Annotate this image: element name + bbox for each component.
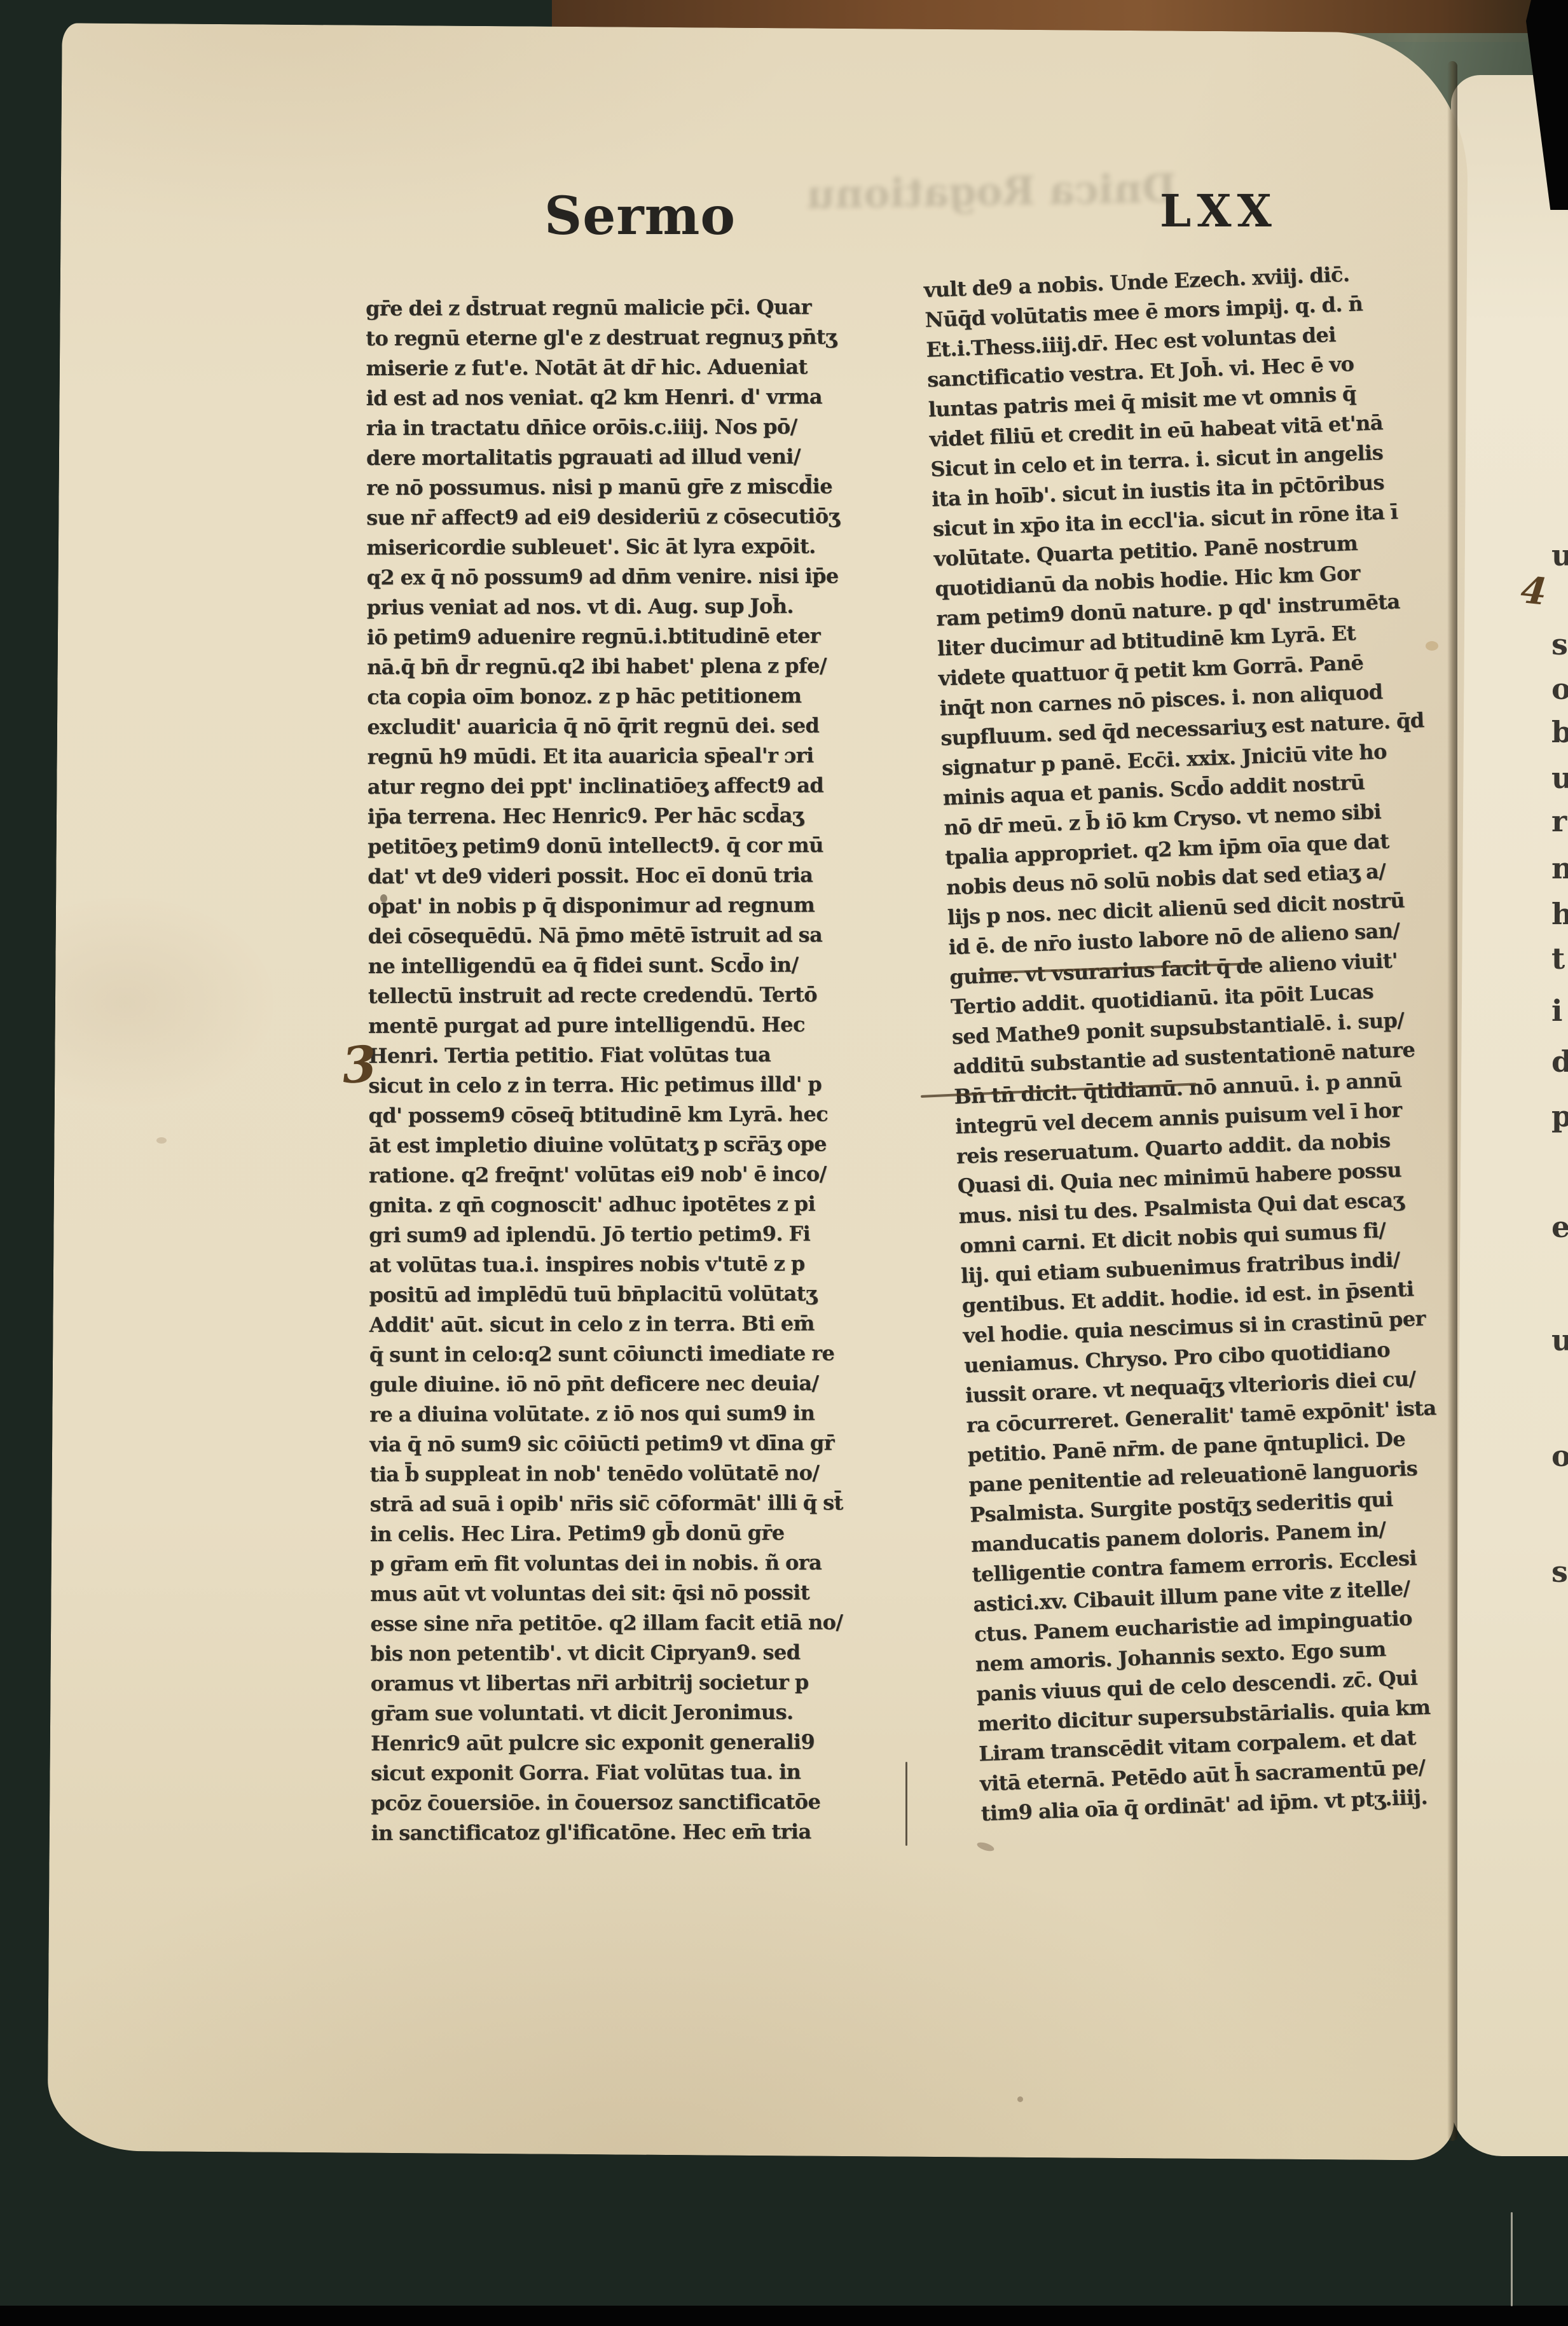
text-line: qd' possem9 cōseq̄ btitudinē km Lyrā. he… [368,1099,921,1131]
stain [1017,2096,1023,2102]
text-line: id est ad nos veniat. q2 km Henri. d' vr… [366,382,919,413]
text-line: via q̄ nō sum9 sic cōiūcti petim9 vt dīn… [369,1428,923,1460]
edge-glyph-fragment: o [1551,1439,1568,1473]
showthrough-text: Dnica Rogationu [680,165,1176,220]
text-line: ratione. q2 freq̄nt' volūtas ei9 nob' ē … [369,1159,922,1191]
text-column-left: gr̄e dei z d̄struat regnū malicie pc̄i. … [366,292,925,1848]
text-line: at volūtas tua.i. inspires nobis v'tutē … [369,1249,922,1280]
edge-glyph-fragment: s [1551,627,1568,661]
text-column-right: vult de9 a nobis. Unde Ezech. xviij. dic… [923,254,1543,1829]
text-line: āt est impletio diuine volūtatʒ p scr̄āʒ… [369,1129,922,1161]
edge-glyph-fragment: b [1551,715,1568,749]
text-line: excludit' auaricia q̄ nō q̄rit regnū dei… [367,710,920,742]
text-line: gri sum9 ad iplendū. Jō tertio petim9. F… [369,1219,922,1250]
margin-numeral: 4 [1519,571,1548,611]
text-line: sicut exponit Gorra. Fiat volūtas tua. i… [371,1757,924,1789]
text-line: petitōeʒ petim9 donū intellect9. q̄ cor … [368,830,921,862]
edge-glyph-fragment: n [1551,851,1568,885]
text-line: miserie z fut'e. Notāt āt dr̄ hic. Aduen… [366,352,919,384]
stain [156,1137,167,1144]
page-edge-highlight [1511,2212,1513,2306]
text-line: iō petim9 aduenire regnū.i.btitudinē ete… [367,621,920,653]
text-line: mus aūt vt voluntas dei sit: q̄si nō pos… [370,1577,923,1609]
edge-glyph-fragment: u [1551,1323,1568,1357]
text-line: nā.q̄ bn̄ d̄r regnū.q2 ibi habet' plena … [367,651,920,682]
text-line: Henri. Tertia petitio. Fiat volūtas tua [368,1039,921,1071]
text-line: prius veniat ad nos. vt di. Aug. sup Joh… [367,591,920,623]
edge-glyph-fragment: e [1551,1210,1568,1244]
text-line: ne intelligendū ea q̄ fidei sunt. Scd̄o … [368,950,921,981]
text-line: dere mortalitatis pgrauati ad illud veni… [366,441,919,473]
text-line: misericordie subleuet'. Sic āt lyra expō… [366,531,919,563]
text-line: gnita. z qn̄ cognoscit' adhuc ipotētes z… [369,1189,922,1221]
edge-glyph-fragment: o [1551,672,1568,706]
edge-glyph-fragment: p [1551,1099,1568,1133]
text-line: tellectū instruit ad recte credendū. Ter… [368,980,921,1011]
edge-glyph-fragment: s [1551,1554,1568,1589]
text-line: dat' vt de9 videri possit. Hoc eī donū t… [368,860,921,892]
text-line: gr̄e dei z d̄struat regnū malicie pc̄i. … [366,292,919,324]
edge-glyph-fragment: t [1551,941,1568,976]
text-line: re a diuina volūtate. z iō nos qui sum9 … [369,1398,923,1430]
text-line: Henric9 aūt pulcre sic exponit generali9 [371,1727,924,1759]
edge-glyph-fragment: h [1551,897,1568,931]
folio-number: LXX [1160,184,1277,237]
text-line: sue nr̄ affect9 ad ei9 desideriū z cōsec… [366,501,919,533]
text-line: tia b̄ suppleat in nob' tenēdo volūtatē … [369,1458,923,1490]
text-line: strā ad suā i opib' nr̄is sic̄ cōformāt'… [370,1488,923,1520]
text-line: to regnū eterne gl'e z destruat regnuʒ p… [366,322,919,354]
text-line: in celis. Hec Lira. Petim9 gb̄ donū gr̄e [370,1518,923,1549]
margin-numeral: 3 [340,1039,378,1091]
text-line: dei cōsequēdū. Nā p̄mo mētē īstruit ad s… [368,920,921,952]
text-line: ria in tractatu dn̄ice orōis.c.iiij. Nos… [366,412,919,443]
text-line: mentē purgat ad pure intelligendū. Hec [368,1009,921,1041]
text-line: opat' in nobis p q̄ disponimur ad regnum [368,890,921,922]
text-line: ip̄a terrena. Hec Henric9. Per hāc scd̄a… [368,800,921,832]
text-line: gule diuine. iō nō pn̄t deficere nec deu… [369,1368,923,1400]
text-line: Addit' aūt. sicut in celo z in terra. Bt… [369,1308,923,1340]
text-line: esse sine nr̄a petitōe. q2 illam facit e… [370,1607,923,1639]
text-line: regnū h9 mūdi. Et ita auaricia sp̄eal'r … [367,740,920,772]
running-title: Sermo [544,186,736,247]
text-line: pcōz c̄ouersiōe. in c̄ouersoz sanctifica… [371,1787,924,1818]
text-line: q̄ sunt in celo:q2 sunt cōiuncti imediat… [369,1338,923,1370]
text-line: positū ad implēdū tuū bn̄placitū volūtat… [369,1278,922,1310]
edge-glyph-fragment: u [1551,538,1568,572]
book-scan: Dnica Rogationu Sermo LXX gr̄e dei z d̄s… [0,0,1568,2326]
edge-glyph-fragment: i [1551,993,1568,1028]
background-bottom-strip [0,2306,1568,2326]
text-line: q2 ex q̄ nō possum9 ad dn̄m venire. nisi… [366,561,919,593]
text-line: bis non petentib'. vt dicit Cipryan9. se… [370,1637,923,1669]
text-line: p gr̄am em̄ fit voluntas dei in nobis. ñ… [370,1547,923,1579]
text-line: sicut in celo z in terra. Hic petimus il… [368,1069,921,1101]
text-line: gr̄am sue voluntati. vt dicit Jeronimus. [371,1697,924,1729]
edge-glyph-fragment: d [1551,1044,1568,1079]
text-line: re nō possumus. nisi p manū gr̄e z miscd… [366,471,919,503]
edge-glyph-fragment: r [1551,804,1568,838]
margin-stroke-v [905,1762,907,1846]
text-line: in sanctificatoz gl'ificatōne. Hec em̄ t… [371,1817,924,1848]
edge-glyph-fragment: u [1551,761,1568,795]
text-line: oramus vt libertas nr̄i arbitrij societu… [371,1667,924,1699]
text-line: atur regno dei ppt' inclinatiōeʒ affect9… [368,770,921,802]
text-line: cta copia oīm bonoz. z p hāc petitionem [367,681,920,712]
